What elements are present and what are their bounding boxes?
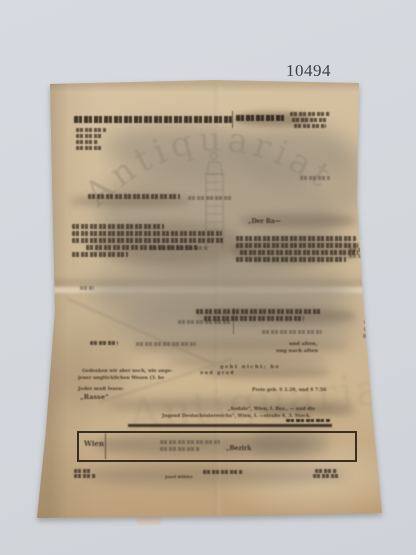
blurred-footer-line (203, 470, 243, 474)
blurred-text-line (300, 176, 330, 180)
blurred-text-line (76, 140, 98, 144)
text-fragment: ung nach alten (276, 348, 318, 354)
blurred-text-line (292, 118, 328, 122)
blur-haze (330, 150, 370, 210)
address-text: Jugend Deutschösterreichs“, Wien, I. —st… (162, 414, 311, 419)
blurred-text-line (349, 248, 365, 252)
blurred-text-line (364, 320, 376, 324)
column-divider (233, 308, 234, 334)
blurred-text-line (178, 320, 230, 324)
footer-publisher-name: Josef Bühler (165, 474, 193, 479)
text-fragment: geht nicht; be (220, 364, 280, 370)
blurred-text-line (236, 243, 358, 248)
blurred-text-line (240, 250, 358, 255)
blurred-text-line (262, 330, 322, 334)
blurred-text-line (236, 236, 356, 241)
horizontal-rule (128, 424, 332, 427)
blurred-text-line (196, 309, 322, 314)
blurred-text-line (188, 196, 232, 200)
text-fragment: und grad (200, 371, 235, 376)
blurred-text-line (236, 115, 286, 121)
column-divider (232, 111, 233, 128)
blurred-footer-line (313, 474, 339, 478)
box-district-label: „Bezirk (226, 445, 251, 452)
blurred-text-line (363, 334, 377, 338)
price-text: Preis geb. S 2.20, und S 7.50 (252, 388, 326, 393)
text-fragment: und alten, (289, 341, 318, 347)
text-fragment: Gedenken wir aber noch, wie ange- (82, 369, 173, 374)
box-city-label: Wien (84, 439, 104, 448)
blurred-text-line (76, 128, 106, 132)
blurred-text-line (136, 342, 196, 346)
photo-background: 10494 Antiquariat Antiquariat (0, 0, 416, 555)
blurred-text-line (88, 194, 180, 199)
blurred-text-line (80, 286, 94, 290)
blurred-text-line (349, 254, 363, 258)
address-box (77, 431, 357, 462)
right-column-heading: „Der Ra— (248, 218, 281, 225)
blurred-text-line (72, 252, 128, 257)
blurred-text-line (72, 224, 164, 229)
blurred-text-line (72, 231, 222, 236)
address-text: „Sodale“, Wien, I. Bez., — und die (228, 407, 315, 412)
blurred-headline (74, 116, 232, 123)
blurred-text-line (72, 238, 224, 243)
blurred-footer-line (315, 469, 337, 473)
text-fragment: jener unglücklichen Wesen (3. be (78, 376, 164, 381)
address-box-divider (105, 433, 106, 459)
paper-shadow-wrap: Antiquariat Antiquariat (0, 0, 416, 555)
blurred-text-line (76, 134, 102, 138)
blurred-text-line (90, 341, 118, 345)
call-to-read-text: Jeder muß lesen: (78, 386, 124, 392)
blurred-footer-line (74, 469, 92, 473)
book-title-text: „Rasse“ (80, 393, 109, 401)
ink-smudge (86, 466, 348, 484)
document-paper: Antiquariat Antiquariat (0, 0, 416, 555)
blurred-footer-line (74, 474, 96, 478)
blurred-text-line (294, 124, 326, 128)
blurred-text-line (290, 112, 330, 116)
blurred-text-line (364, 327, 376, 331)
blurred-text-line (236, 257, 346, 262)
blurred-text-line (286, 419, 330, 422)
blurred-text-line (150, 246, 208, 250)
blurred-text-line (76, 146, 102, 150)
